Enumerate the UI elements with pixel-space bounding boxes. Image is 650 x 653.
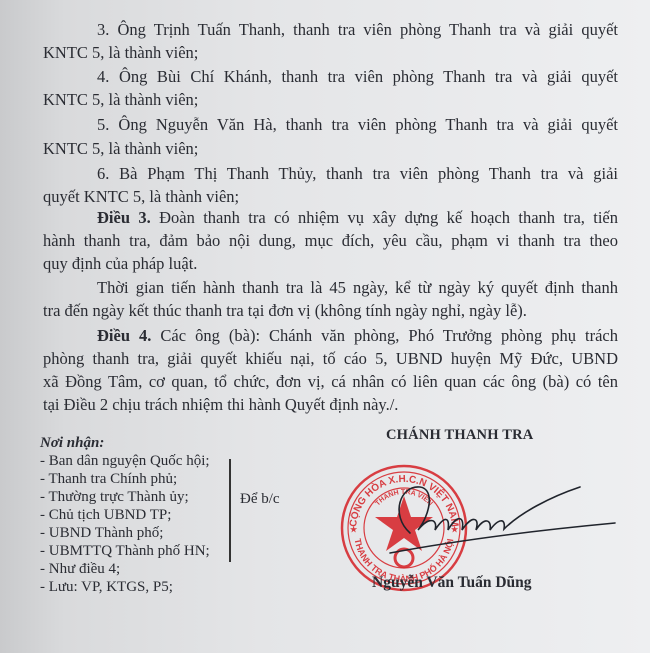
recipient-item: - Thanh tra Chính phủ; — [40, 471, 177, 488]
article-3-line3: quy định của pháp luật. — [43, 254, 618, 274]
member-4-line2: KNTC 5, là thành viên; — [43, 90, 618, 110]
document-page: 3. Ông Trịnh Tuấn Thanh, thanh tra viên … — [0, 0, 650, 653]
member-6-line2: quyết KNTC 5, là thành viên; — [43, 187, 618, 207]
recipient-item: - UBND Thành phố; — [40, 525, 163, 542]
member-3-line1: 3. Ông Trịnh Tuấn Thanh, thanh tra viên … — [97, 20, 618, 40]
recipients-bracket — [229, 459, 231, 562]
recipient-item: - UBMTTQ Thành phố HN; — [40, 543, 210, 560]
member-5-line1: 5. Ông Nguyễn Văn Hà, thanh tra viên phò… — [97, 115, 618, 135]
signer-name: Nguyễn Văn Tuấn Dũng — [372, 574, 532, 592]
recipient-item: - Ban dân nguyện Quốc hội; — [40, 453, 210, 470]
article-4-label: Điều 4. — [97, 326, 151, 345]
member-3-line2: KNTC 5, là thành viên; — [43, 43, 618, 63]
recipient-item: - Chủ tịch UBND TP; — [40, 507, 171, 524]
recipient-item: - Thường trực Thành ủy; — [40, 489, 189, 506]
recipients-purpose: Để b/c — [240, 491, 280, 508]
member-6-line1: 6. Bà Phạm Thị Thanh Thủy, thanh tra viê… — [97, 164, 618, 184]
article-4-line1: Điều 4. Các ông (bà): Chánh văn phòng, P… — [97, 326, 618, 346]
signer-title: CHÁNH THANH TRA — [386, 427, 533, 444]
recipient-item: - Như điều 4; — [40, 561, 120, 578]
recipients-title: Nơi nhận: — [40, 435, 104, 452]
article-4-line4: tại Điều 2 chịu trách nhiệm thi hành Quy… — [43, 395, 618, 415]
handwritten-signature-icon — [380, 475, 620, 555]
member-5-line2: KNTC 5, là thành viên; — [43, 139, 618, 159]
svg-text:★: ★ — [350, 525, 358, 534]
duration-line2: tra đến ngày kết thúc thanh tra tại đơn … — [43, 301, 618, 321]
article-4-line3: xã Đồng Tâm, cơ quan, tổ chức, đơn vị, c… — [43, 372, 618, 392]
recipient-item: - Lưu: VP, KTGS, P5; — [40, 579, 173, 596]
article-3-line2: hành thanh tra, đảm bảo nội dung, mục đí… — [43, 231, 618, 251]
article-3-line1: Điều 3. Đoàn thanh tra có nhiệm vụ xây d… — [97, 208, 618, 228]
article-3-label: Điều 3. — [97, 208, 151, 227]
article-4-line2: phòng thanh tra, giải quyết khiếu nại, t… — [43, 349, 618, 369]
member-4-line1: 4. Ông Bùi Chí Khánh, thanh tra viên phò… — [97, 67, 618, 87]
duration-line1: Thời gian tiến hành thanh tra là 45 ngày… — [97, 278, 618, 298]
